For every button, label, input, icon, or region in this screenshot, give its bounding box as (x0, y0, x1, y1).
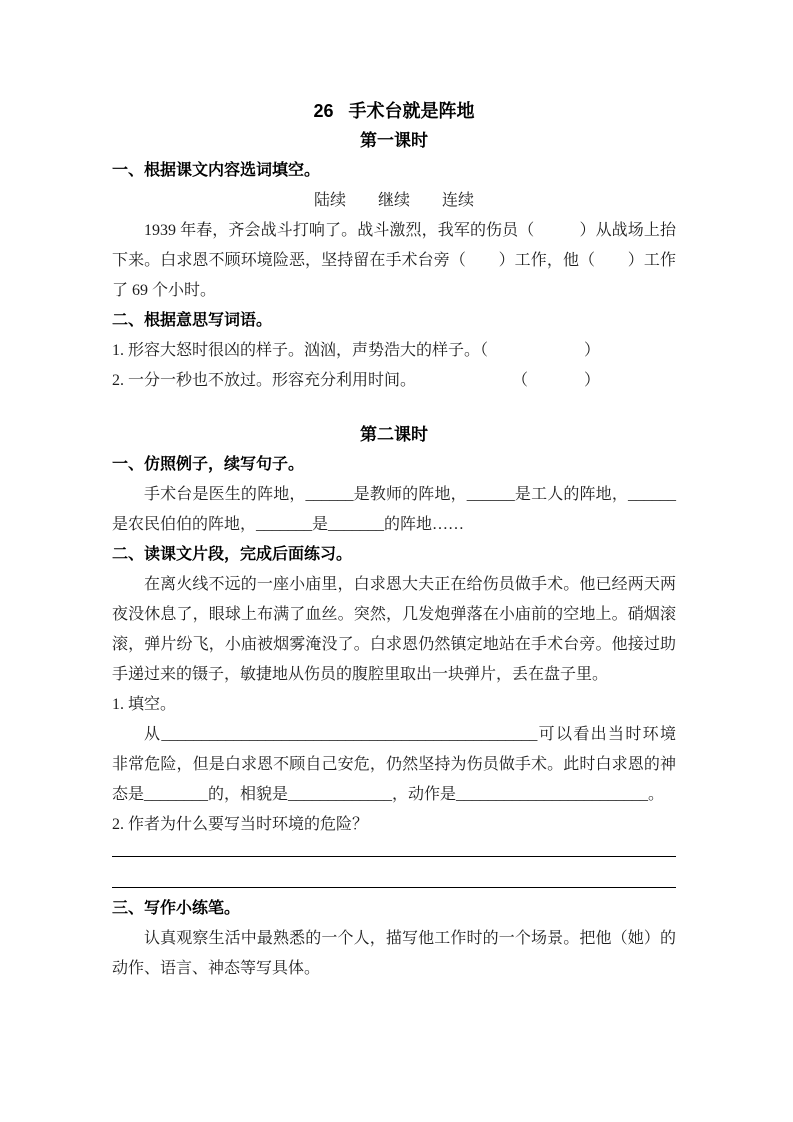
answer-line (112, 857, 676, 888)
question1-fill-in-text: 从_______________________________________… (112, 720, 676, 810)
definition-item-2: 2. 一分一秒也不放过。形容充分利用时间。 （ ） (112, 366, 676, 396)
lesson1-fill-in-passage: 1939 年春，齐会战斗打响了。战斗激烈，我军的伤员（ ）从战场上抬下来。白求恩… (112, 216, 676, 306)
lesson2-section3-title: 三、写作小练笔。 (112, 894, 676, 924)
lesson1-section2-title: 二、根据意思写词语。 (112, 306, 676, 336)
doc-title: 26 手术台就是阵地 (112, 96, 676, 126)
word-bank: 陆续 继续 连续 (112, 186, 676, 216)
question2-text: 2. 作者为什么要写当时环境的危险？ (112, 810, 676, 840)
word-option-lianxu: 连续 (442, 186, 474, 216)
reading-passage: 在离火线不远的一座小庙里，白求恩大夫正在给伤员做手术。他已经两天两夜没休息了，眼… (112, 570, 676, 690)
writing-exercise-instructions: 认真观察生活中最熟悉的一个人，描写他工作时的一个场景。把他（她）的动作、语言、神… (112, 924, 676, 984)
word-option-luxu: 陆续 (314, 186, 346, 216)
lesson2-section2-title: 二、读课文片段，完成后面练习。 (112, 540, 676, 570)
lesson1-section1-title: 一、根据课文内容选词填空。 (112, 156, 676, 186)
sentence-continuation-exercise: 手术台是医生的阵地，______是教师的阵地，______是工人的阵地，____… (112, 480, 676, 540)
word-option-jixu: 继续 (378, 186, 410, 216)
lesson2-section1-title: 一、仿照例子，续写句子。 (112, 450, 676, 480)
lesson2-heading: 第二课时 (112, 420, 676, 450)
answer-line (112, 840, 676, 857)
lesson1-heading: 第一课时 (112, 126, 676, 156)
question1-label: 1. 填空。 (112, 690, 676, 720)
definition-item-1: 1. 形容大怒时很凶的样子。汹汹，声势浩大的样子。（ ） (112, 336, 676, 366)
worksheet-page: 26 手术台就是阵地 第一课时 一、根据课文内容选词填空。 陆续 继续 连续 1… (0, 0, 793, 1122)
